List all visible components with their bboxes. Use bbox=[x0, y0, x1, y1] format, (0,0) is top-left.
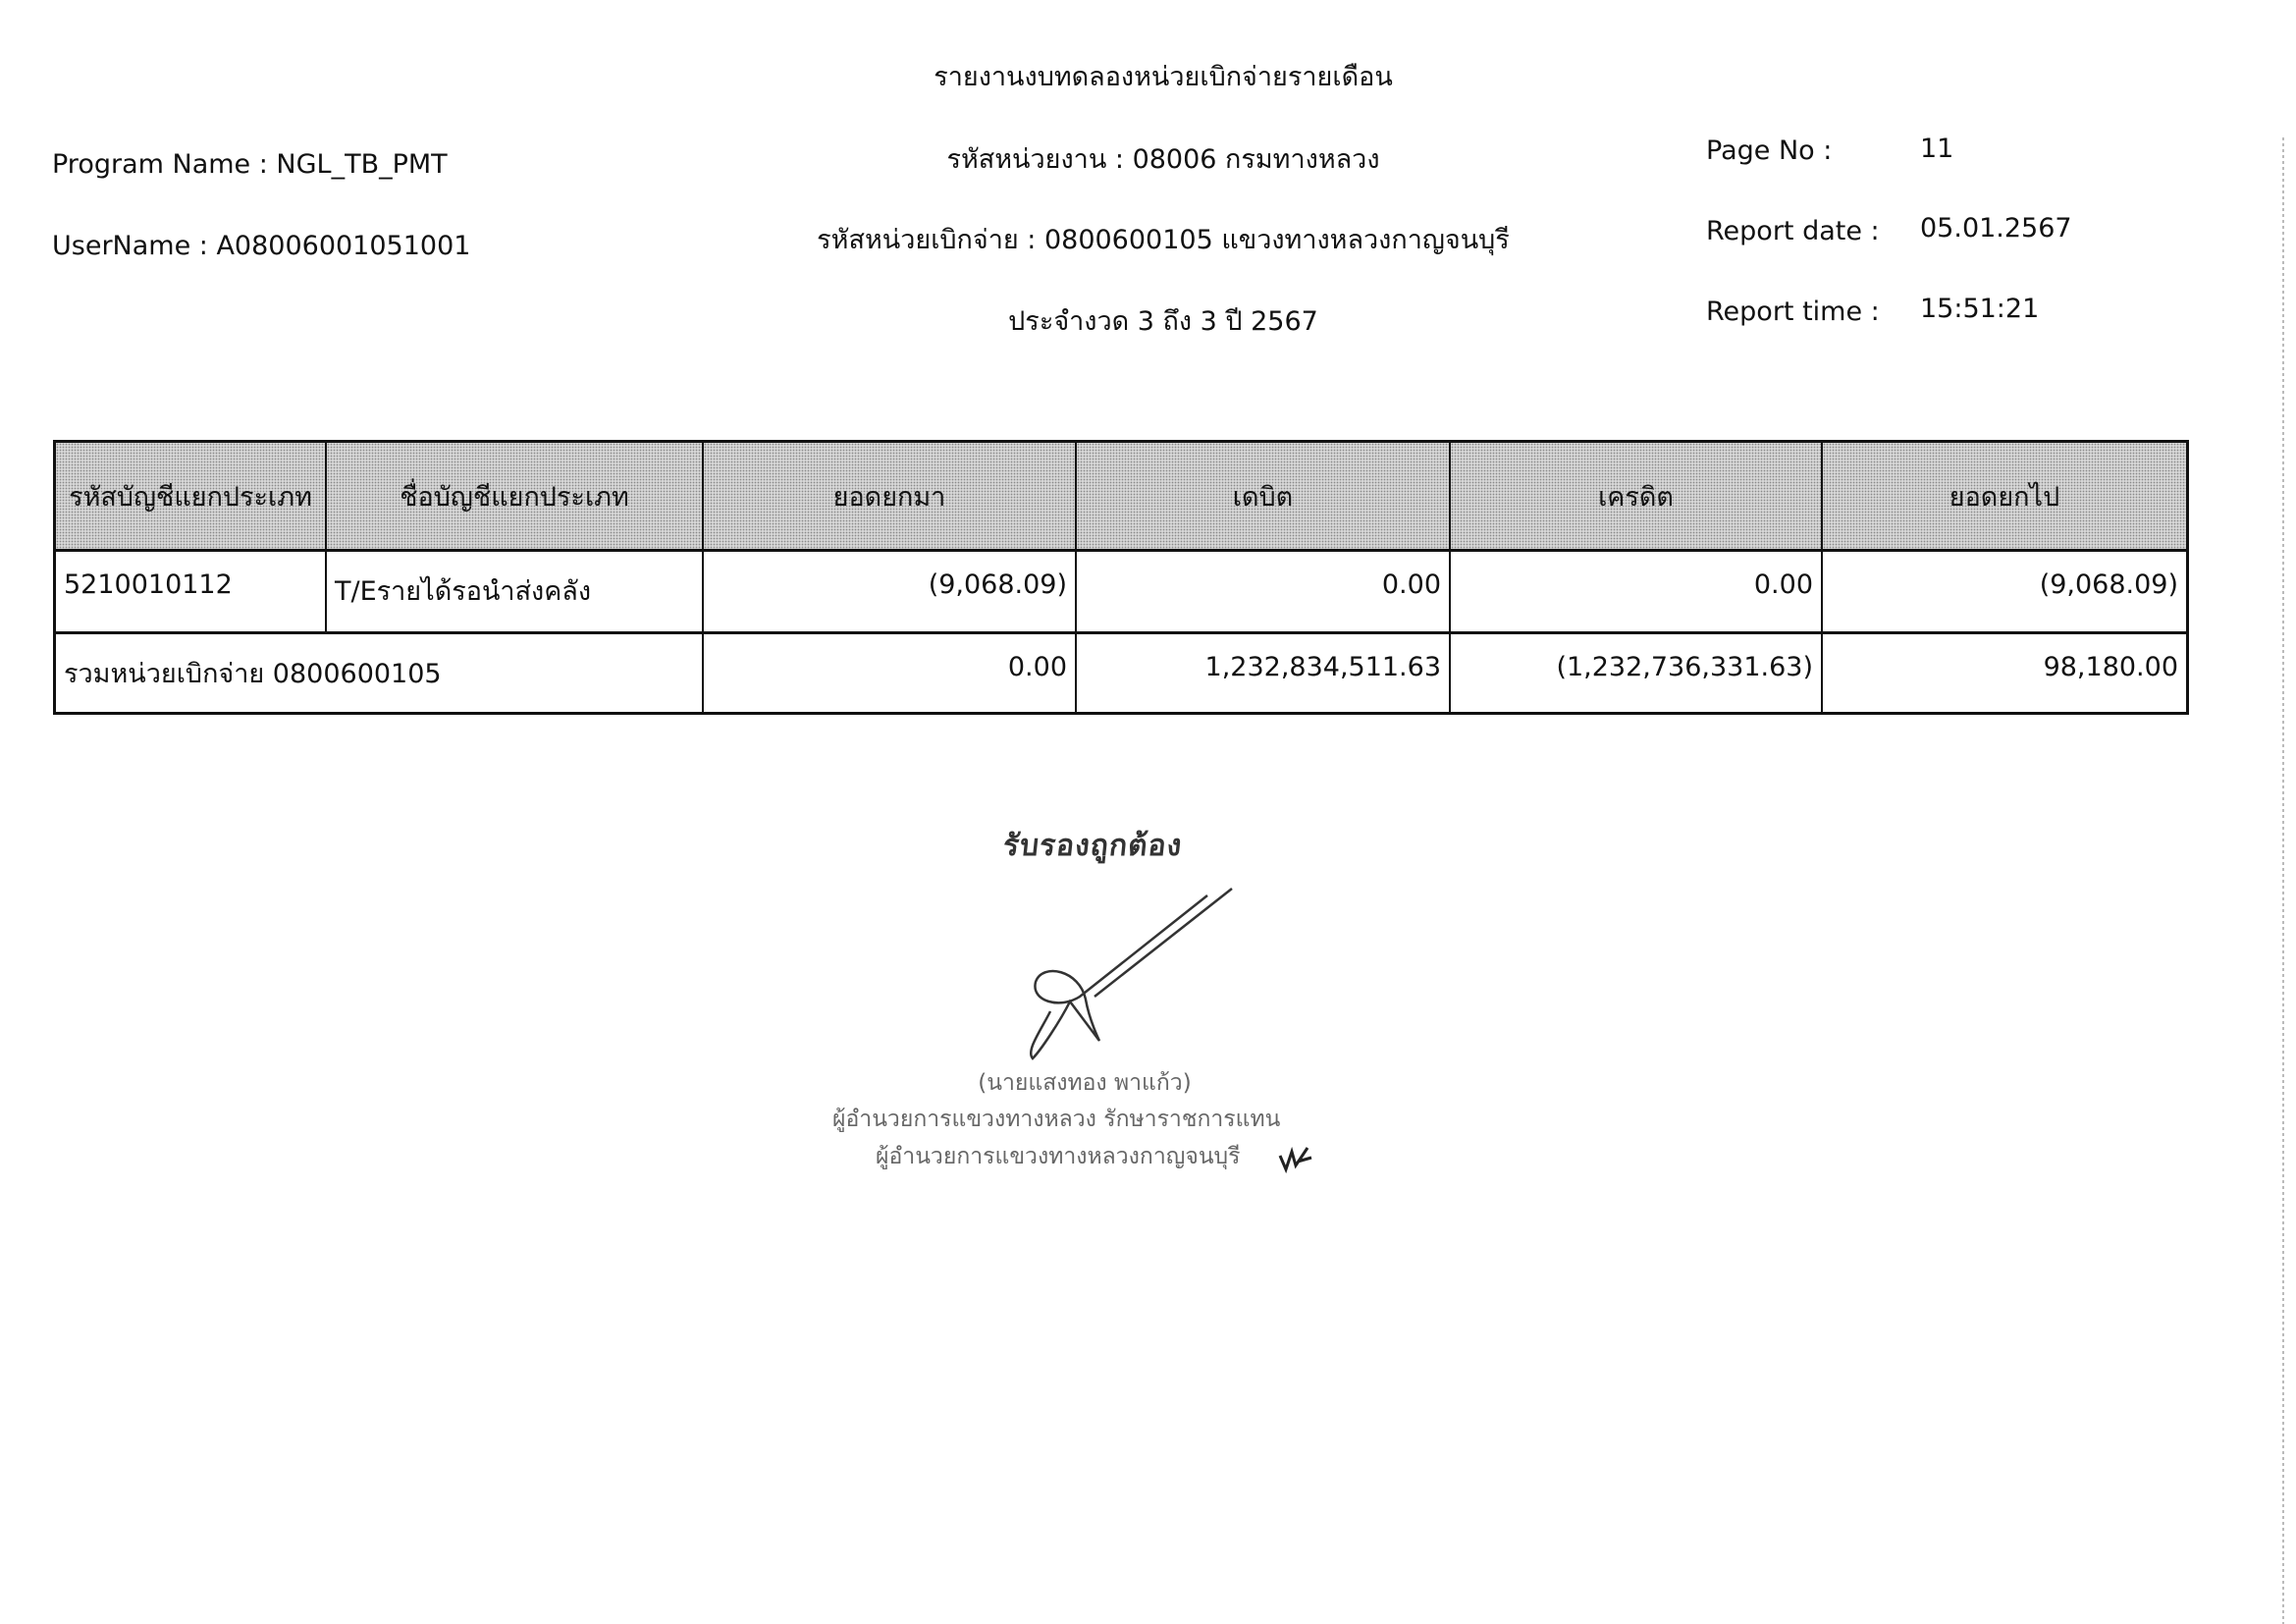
brought-forward-cell: (9,068.09) bbox=[702, 552, 1075, 631]
disbursing-unit-code: รหัสหน่วยเบิกจ่าย : 0800600105 แขวงทางหล… bbox=[672, 218, 1654, 260]
total-debit-cell: 1,232,834,511.63 bbox=[1075, 634, 1449, 712]
column-header-account-code: รหัสบัญชีแยกประเภท bbox=[56, 443, 325, 549]
certified-correct-stamp: รับรองถูกต้อง bbox=[1001, 823, 1185, 869]
carried-forward-cell: (9,068.09) bbox=[1821, 552, 2186, 631]
report-title: รายงานงบทดลองหน่วยเบิกจ่ายรายเดือน bbox=[672, 55, 1654, 97]
table-row: 5210010112 T/Eรายได้รอนำส่งคลัง (9,068.0… bbox=[56, 549, 2186, 631]
scan-edge-artifact bbox=[2282, 137, 2284, 1624]
trial-balance-table: รหัสบัญชีแยกประเภท ชื่อบัญชีแยกประเภท ยอ… bbox=[53, 440, 2189, 715]
page-no-value: 11 bbox=[1920, 134, 1953, 164]
total-label-cell: รวมหน่วยเบิกจ่าย 0800600105 bbox=[56, 634, 702, 712]
signer-position-line2: ผู้อำนวยการแขวงทางหลวงกาญจนบุรี bbox=[876, 1139, 1241, 1174]
signer-position-line1: ผู้อำนวยการแขวงทางหลวง รักษาราชการแทน bbox=[832, 1102, 1280, 1137]
page-no-label: Page No : bbox=[1706, 135, 1832, 166]
report-time-value: 15:51:21 bbox=[1920, 294, 2039, 324]
agency-code: รหัสหน่วยงาน : 08006 กรมทางหลวง bbox=[672, 137, 1654, 180]
report-time-label: Report time : bbox=[1706, 297, 1880, 327]
column-header-credit: เครดิต bbox=[1449, 443, 1821, 549]
signer-name: (นายแสงทอง พาแก้ว) bbox=[942, 1065, 1227, 1101]
report-date-value: 05.01.2567 bbox=[1920, 213, 2072, 244]
column-header-carried-forward: ยอดยกไป bbox=[1821, 443, 2186, 549]
table-header-row: รหัสบัญชีแยกประเภท ชื่อบัญชีแยกประเภท ยอ… bbox=[56, 443, 2186, 549]
table-total-row: รวมหน่วยเบิกจ่าย 0800600105 0.00 1,232,8… bbox=[56, 631, 2186, 712]
report-period: ประจำงวด 3 ถึง 3 ปี 2567 bbox=[672, 299, 1654, 342]
program-name: Program Name : NGL_TB_PMT bbox=[52, 149, 448, 180]
column-header-debit: เดบิต bbox=[1075, 443, 1449, 549]
account-code-cell: 5210010112 bbox=[56, 552, 325, 631]
signature-icon bbox=[1001, 884, 1237, 1060]
report-date-label: Report date : bbox=[1706, 216, 1880, 246]
user-name: UserName : A08006001051001 bbox=[52, 231, 470, 261]
total-credit-cell: (1,232,736,331.63) bbox=[1449, 634, 1821, 712]
account-name-cell: T/Eรายได้รอนำส่งคลัง bbox=[325, 552, 702, 631]
total-carried-forward-cell: 98,180.00 bbox=[1821, 634, 2186, 712]
initials-mark-icon bbox=[1278, 1144, 1313, 1173]
column-header-brought-forward: ยอดยกมา bbox=[702, 443, 1075, 549]
total-brought-forward-cell: 0.00 bbox=[702, 634, 1075, 712]
column-header-account-name: ชื่อบัญชีแยกประเภท bbox=[325, 443, 702, 549]
debit-cell: 0.00 bbox=[1075, 552, 1449, 631]
credit-cell: 0.00 bbox=[1449, 552, 1821, 631]
